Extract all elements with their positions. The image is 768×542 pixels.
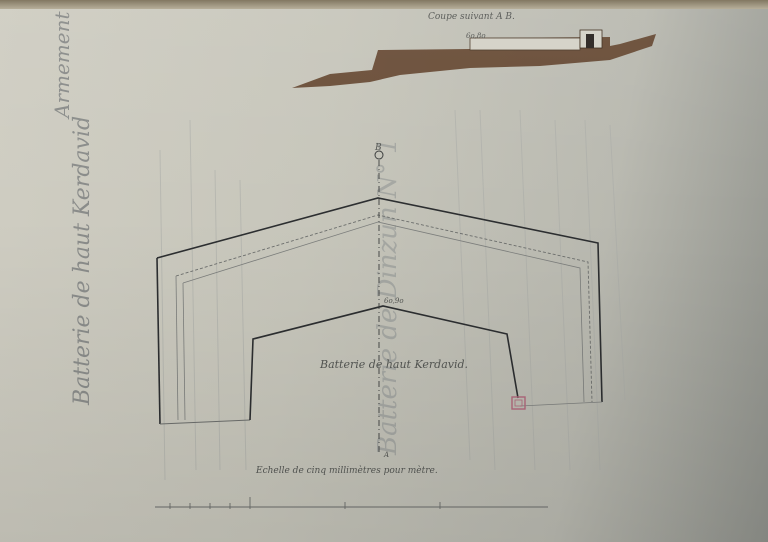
photo-shading	[0, 0, 768, 542]
